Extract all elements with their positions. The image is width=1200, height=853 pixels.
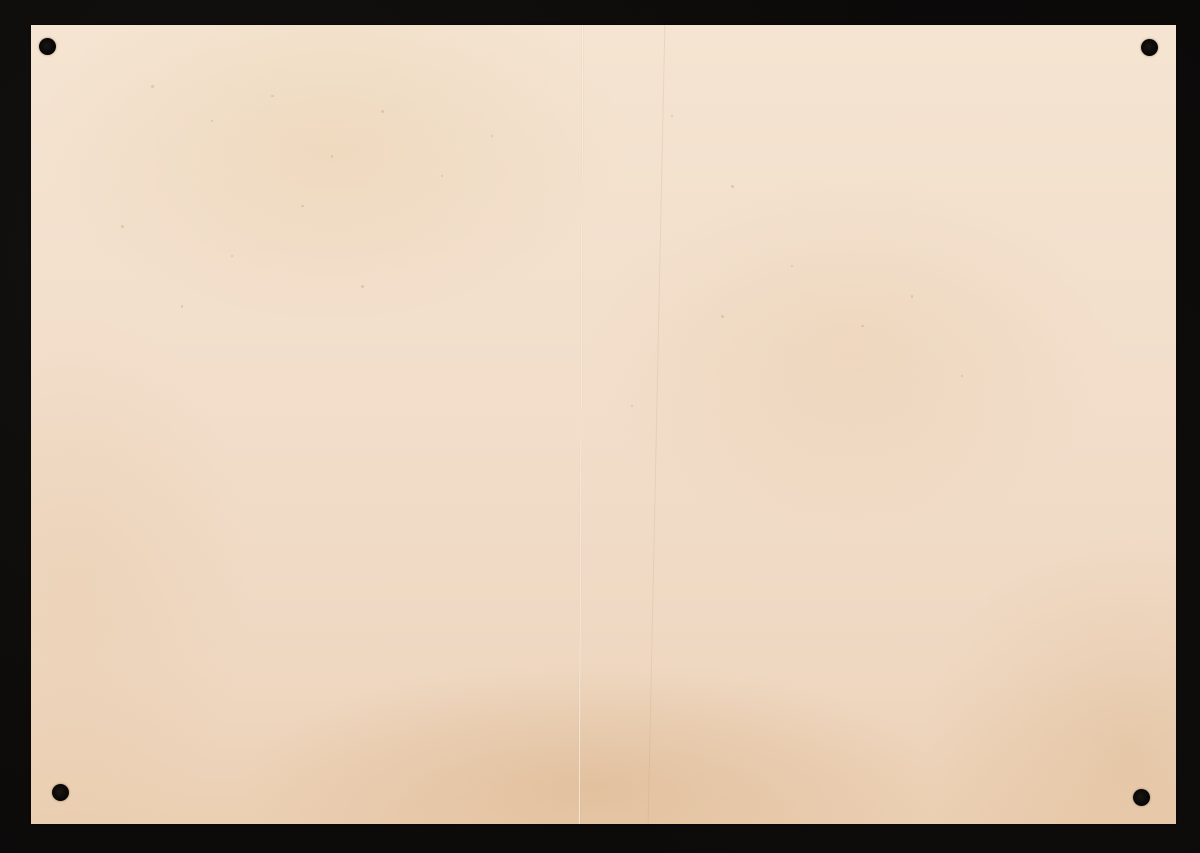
foxing-speck [861, 325, 864, 327]
foxing-speck [791, 265, 793, 267]
aged-paper-sheet [31, 25, 1176, 824]
foxing-speck [121, 225, 124, 228]
foxing-speck [731, 185, 734, 188]
punch-hole-top-right [1141, 39, 1158, 56]
foxing-speck [331, 155, 333, 158]
foxing-speck [441, 175, 443, 177]
foxing-speck [301, 205, 304, 207]
foxing-speck [381, 110, 384, 113]
foxing-speck [151, 85, 154, 88]
foxing-speck [271, 95, 274, 97]
foxing-speck [211, 120, 213, 122]
punch-hole-bottom-left [52, 784, 69, 801]
foxing-speck [491, 135, 493, 137]
center-fold-line [578, 25, 583, 824]
foxing-speck [671, 115, 673, 117]
foxing-speck [231, 255, 233, 257]
foxing-speck [181, 305, 183, 308]
punch-hole-top-left [39, 38, 56, 55]
foxing-speck [361, 285, 364, 288]
foxing-speck [631, 405, 633, 407]
foxing-speck [911, 295, 913, 298]
punch-hole-bottom-right [1133, 789, 1150, 806]
foxing-speck [961, 375, 963, 377]
paper-crease [648, 25, 666, 824]
foxing-speck [721, 315, 724, 318]
